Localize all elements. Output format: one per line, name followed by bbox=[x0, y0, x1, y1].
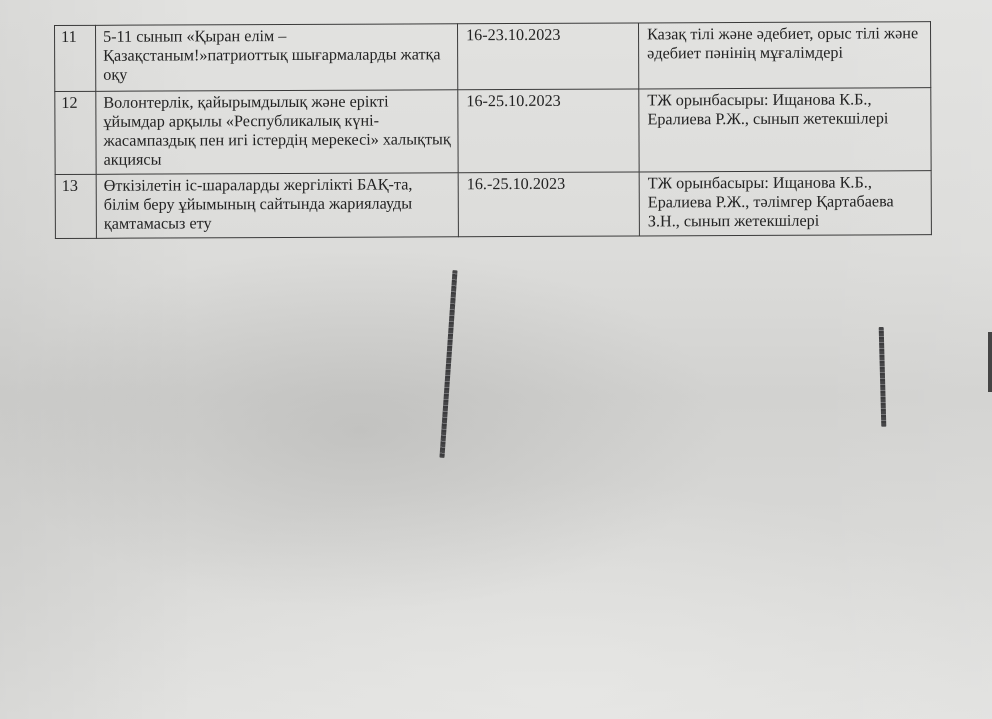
event-date: 16-25.10.2023 bbox=[458, 89, 639, 173]
event-description: 5-11 сынып «Қыран елім – Қазақстаным!»па… bbox=[96, 24, 458, 92]
table-row: 13 Өткізілетін іс-шараларды жергілікті Б… bbox=[55, 171, 931, 239]
responsible-persons: ТЖ орынбасыры: Ищанова К.Б., Ералиева Р.… bbox=[639, 171, 931, 236]
table-row: 11 5-11 сынып «Қыран елім – Қазақстаным!… bbox=[55, 22, 931, 92]
event-date: 16.-25.10.2023 bbox=[458, 172, 639, 237]
row-number: 12 bbox=[55, 91, 96, 174]
event-date: 16-23.10.2023 bbox=[457, 23, 638, 90]
event-description: Волонтерлік, қайырымдылық және ерікті ұй… bbox=[96, 90, 458, 175]
table-row: 12 Волонтерлік, қайырымдылық және ерікті… bbox=[55, 88, 931, 175]
event-description: Өткізілетін іс-шараларды жергілікті БАҚ-… bbox=[96, 173, 458, 239]
responsible-persons: ТЖ орынбасыры: Ищанова К.Б., Ералиева Р.… bbox=[639, 88, 931, 172]
responsible-persons: Казақ тілі және әдебиет, орыс тілі және … bbox=[638, 22, 930, 89]
row-number: 11 bbox=[55, 25, 96, 91]
row-number: 13 bbox=[55, 174, 96, 238]
event-schedule-table: 11 5-11 сынып «Қыран елім – Қазақстаным!… bbox=[54, 21, 932, 239]
edge-mark bbox=[988, 332, 992, 392]
